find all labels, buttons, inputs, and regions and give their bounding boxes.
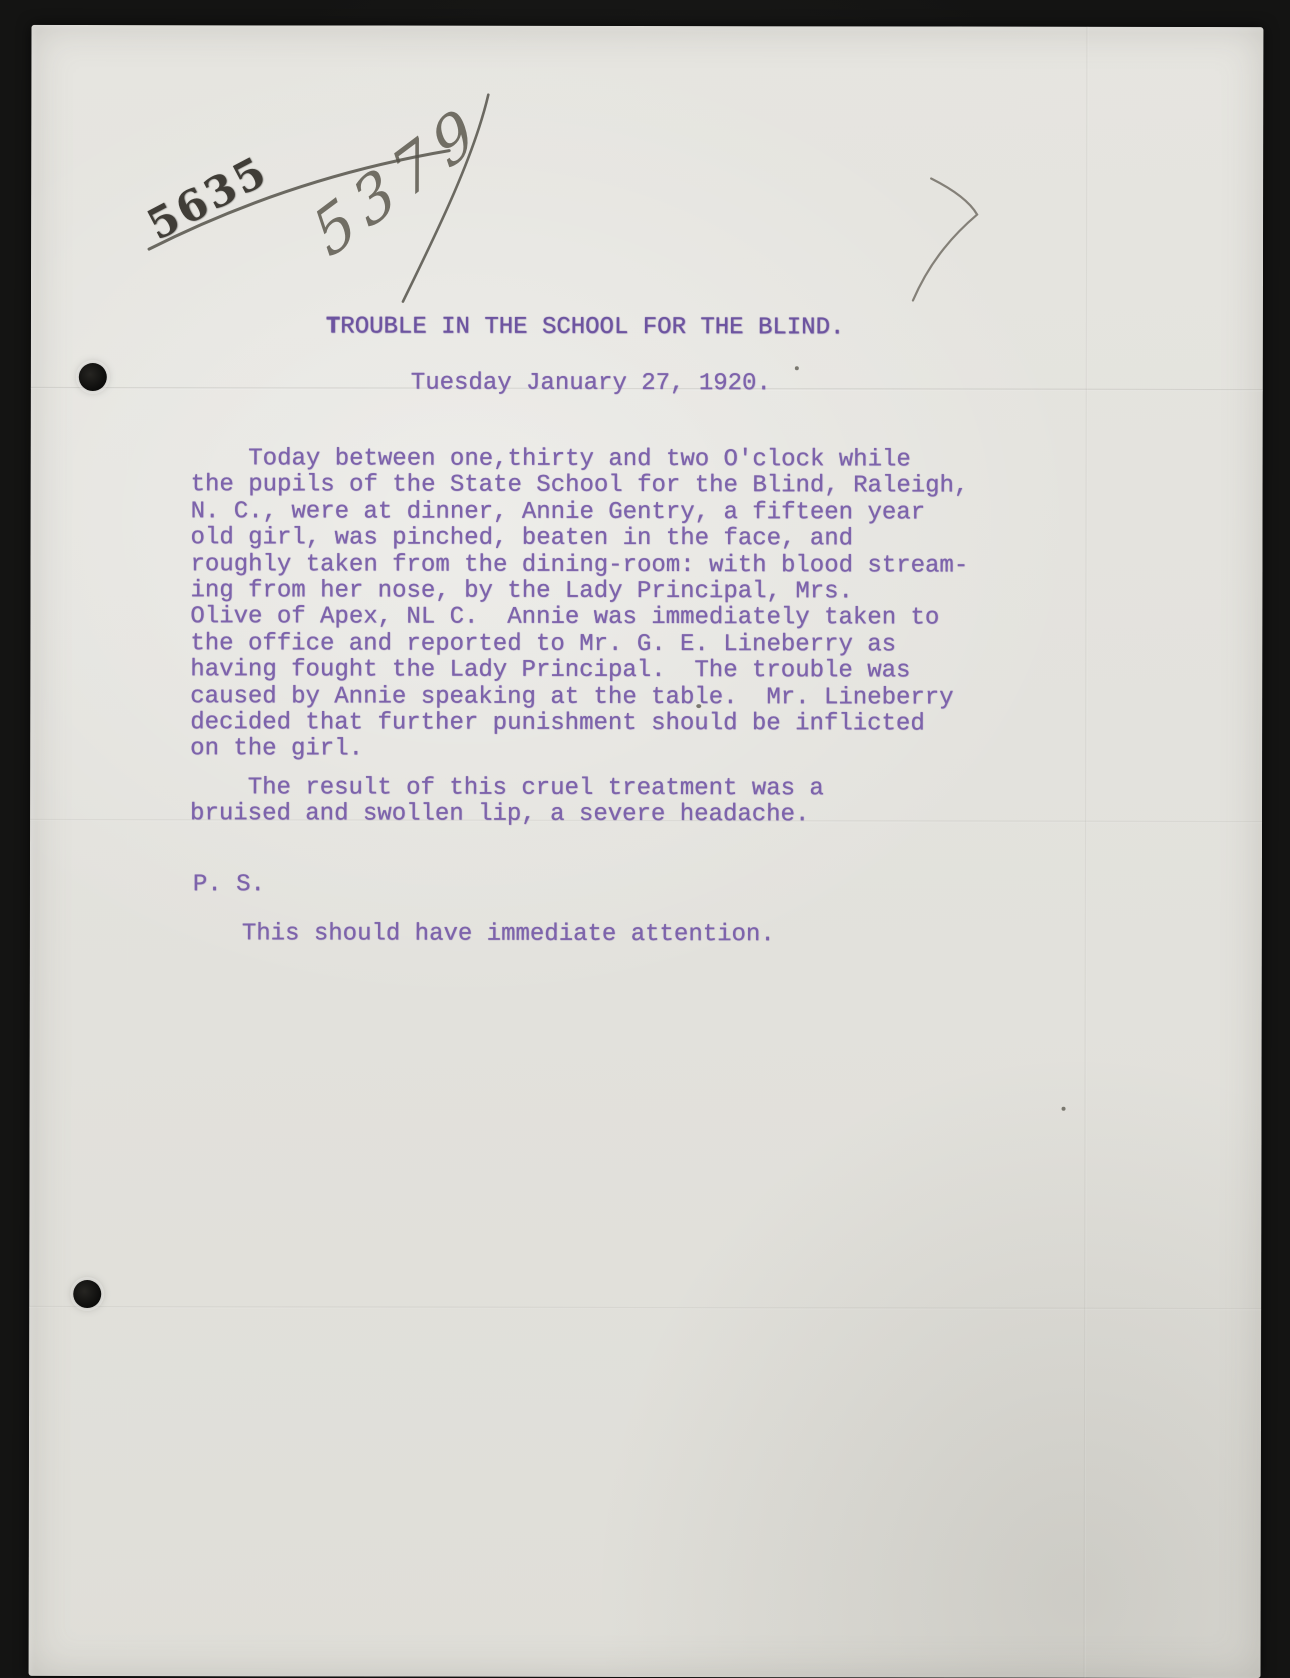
postscript-label: P. S. [193,872,265,899]
fold-crease-bottom [29,1306,1261,1310]
handwritten-number: 5379 [301,88,495,271]
ink-speck-2 [1062,1107,1066,1111]
document-title: TROUBLE IN THE SCHOOL FOR THE BLIND. [326,314,845,341]
hole-punch-bottom [73,1280,101,1308]
document-date: Tuesday January 27, 1920. [411,371,771,398]
ink-speck-1 [795,366,799,370]
fold-crease-vertical [1084,27,1089,1677]
body-paragraph-2: The result of this cruel treatment was a… [190,775,824,829]
postscript-text: This should have immediate attention. [242,921,775,948]
pencil-check-mark [913,178,977,300]
stamped-number: 5635 [139,146,276,250]
document-page: 5635 5379 TROUBLE IN THE SCHOOL FOR THE … [29,25,1264,1677]
hole-punch-top [79,363,107,391]
body-paragraph-1: Today between one,thirty and two O'clock… [190,446,968,764]
pencil-marks-layer [29,25,1264,1677]
